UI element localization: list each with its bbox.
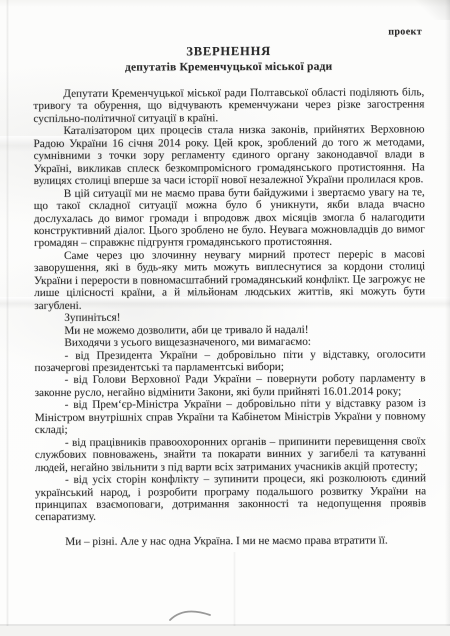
paper-corner-shadow: [404, 0, 450, 20]
document-body: Депутати Кременчуцької міської ради Полт…: [33, 86, 426, 524]
document-content: проект ЗВЕРНЕННЯ депутатів Кременчуцької…: [33, 26, 426, 548]
paper-curl-mark: [168, 604, 216, 626]
scan-edge-right: [445, 0, 450, 636]
closing-statement: Ми – різні. Але у нас одна Україна. І ми…: [35, 534, 426, 548]
scan-margin-bottom: [0, 626, 450, 636]
paragraph: - від працівників правоохоронних органів…: [35, 435, 426, 474]
scanned-document-page: проект ЗВЕРНЕННЯ депутатів Кременчуцької…: [0, 0, 450, 636]
paragraph: - від усіх сторін конфлікту – зупинити п…: [35, 472, 426, 524]
paragraph: Каталізатором цих процесів стала низка з…: [33, 124, 424, 188]
draft-annotation: проект: [33, 26, 424, 39]
scan-edge-left: [6, 0, 9, 636]
document-title: ЗВЕРНЕННЯ: [33, 43, 424, 60]
paragraph: - від Голови Верховної Ради України – по…: [35, 373, 426, 400]
paragraph: - від Президента України – добровільно п…: [34, 348, 425, 375]
paragraph: Саме через цю злочинну неувагу мирний пр…: [34, 248, 425, 312]
paragraph: Депутати Кременчуцької міської ради Полт…: [33, 86, 424, 125]
paper-crease: [233, 552, 236, 626]
paragraph: - від Прем‘єр-Міністра України – доброві…: [35, 398, 426, 437]
document-subtitle: депутатів Кременчуцької міської ради: [33, 60, 424, 74]
paragraph: В цій ситуації ми не маємо права бути ба…: [34, 186, 425, 250]
